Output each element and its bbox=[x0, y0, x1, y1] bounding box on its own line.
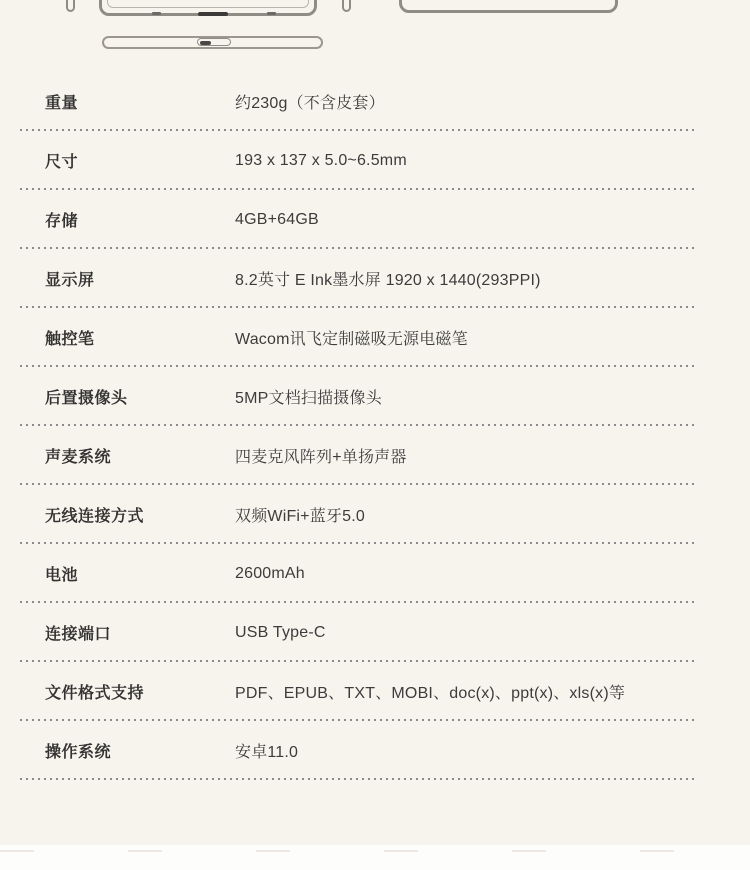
spec-value: 四麦克风阵列+单扬声器 bbox=[235, 444, 710, 467]
spec-row: 尺寸 193 x 137 x 5.0~6.5mm bbox=[0, 131, 750, 190]
spec-row: 声麦系统 四麦克风阵列+单扬声器 bbox=[0, 426, 750, 485]
spec-value: PDF、EPUB、TXT、MOBI、doc(x)、ppt(x)、xls(x)等 bbox=[235, 680, 710, 703]
spec-label: 无线连接方式 bbox=[45, 503, 230, 526]
next-section-band bbox=[0, 845, 750, 870]
tablet-front-outline-icon bbox=[399, 0, 618, 13]
spec-label: 触控笔 bbox=[45, 326, 230, 349]
camera-bump-outline bbox=[197, 38, 231, 46]
spec-label: 显示屏 bbox=[45, 267, 230, 290]
spec-value: 2600mAh bbox=[235, 565, 710, 583]
edge-detail-tick bbox=[267, 12, 276, 15]
spec-label: 连接端口 bbox=[45, 621, 230, 644]
stylus-outline-icon bbox=[342, 0, 351, 12]
spec-label: 存储 bbox=[45, 208, 230, 231]
spec-value: 双频WiFi+蓝牙5.0 bbox=[235, 503, 710, 526]
spec-label: 重量 bbox=[45, 90, 230, 113]
product-spec-page: 重量 约230g（不含皮套） 尺寸 193 x 137 x 5.0~6.5mm … bbox=[0, 0, 750, 870]
spec-row: 电池 2600mAh bbox=[0, 544, 750, 603]
spec-label: 后置摄像头 bbox=[45, 385, 230, 408]
tablet-back-outline-icon bbox=[99, 0, 317, 16]
spec-value: 8.2英寸 E Ink墨水屏 1920 x 1440(293PPI) bbox=[235, 267, 710, 290]
spec-label: 声麦系统 bbox=[45, 444, 230, 467]
spec-label: 电池 bbox=[45, 562, 230, 585]
spec-row: 无线连接方式 双频WiFi+蓝牙5.0 bbox=[0, 485, 750, 544]
spec-label: 文件格式支持 bbox=[45, 680, 230, 703]
edge-detail-tick bbox=[152, 12, 161, 15]
tablet-side-profile-icon bbox=[102, 36, 323, 49]
device-line-drawings bbox=[0, 0, 750, 72]
faint-dashed-line bbox=[0, 850, 750, 852]
spec-table: 重量 约230g（不含皮套） 尺寸 193 x 137 x 5.0~6.5mm … bbox=[0, 72, 750, 780]
edge-detail-bar bbox=[198, 12, 228, 16]
spec-row: 存储 4GB+64GB bbox=[0, 190, 750, 249]
spec-row: 文件格式支持 PDF、EPUB、TXT、MOBI、doc(x)、ppt(x)、x… bbox=[0, 662, 750, 721]
spec-value: 约230g（不含皮套） bbox=[235, 90, 710, 113]
spec-row: 连接端口 USB Type-C bbox=[0, 603, 750, 662]
spec-value: 安卓11.0 bbox=[235, 739, 710, 762]
spec-value: USB Type-C bbox=[235, 624, 710, 642]
stylus-outline-icon bbox=[66, 0, 75, 12]
spec-row: 重量 约230g（不含皮套） bbox=[0, 72, 750, 131]
camera-lens-dot bbox=[200, 41, 211, 45]
spec-label: 尺寸 bbox=[45, 149, 230, 172]
spec-row: 后置摄像头 5MP文档扫描摄像头 bbox=[0, 367, 750, 426]
spec-row: 触控笔 Wacom讯飞定制磁吸无源电磁笔 bbox=[0, 308, 750, 367]
spec-label: 操作系统 bbox=[45, 739, 230, 762]
tablet-back-inner-line bbox=[107, 0, 309, 8]
spec-row: 操作系统 安卓11.0 bbox=[0, 721, 750, 780]
row-dotted-separator bbox=[20, 778, 697, 780]
spec-value: Wacom讯飞定制磁吸无源电磁笔 bbox=[235, 326, 710, 349]
spec-value: 4GB+64GB bbox=[235, 211, 710, 229]
spec-value: 193 x 137 x 5.0~6.5mm bbox=[235, 152, 710, 170]
spec-row: 显示屏 8.2英寸 E Ink墨水屏 1920 x 1440(293PPI) bbox=[0, 249, 750, 308]
spec-value: 5MP文档扫描摄像头 bbox=[235, 385, 710, 408]
